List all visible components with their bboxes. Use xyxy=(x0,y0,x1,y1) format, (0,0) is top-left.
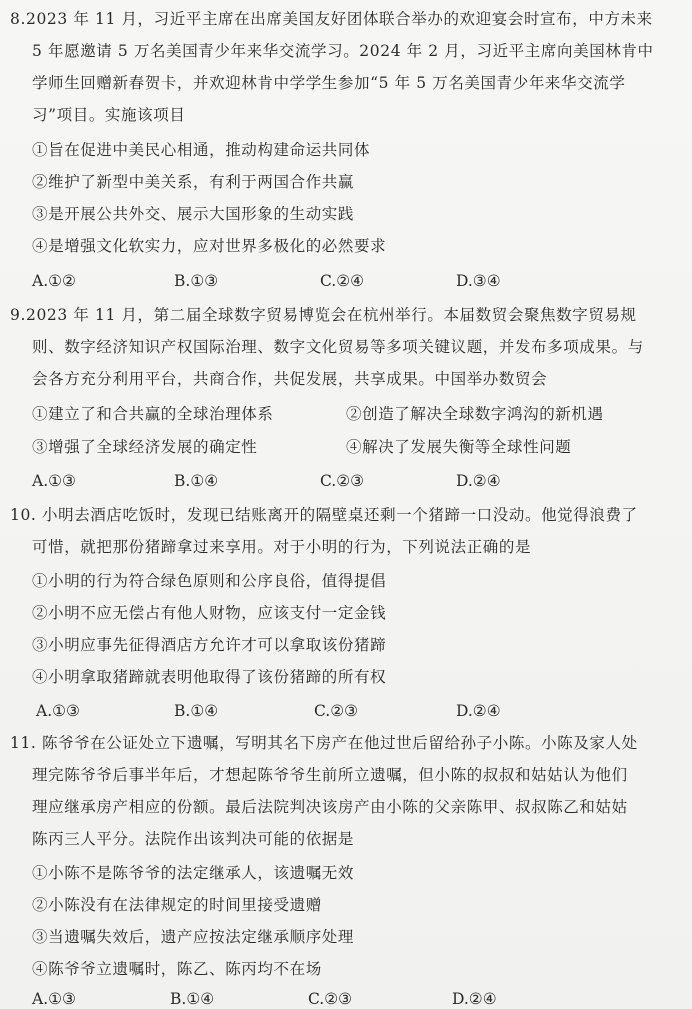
option-b: B.①④ xyxy=(174,700,218,722)
statement: ④是增强文化软实力，应对世界多极化的必然要求 xyxy=(32,235,386,257)
question-stem-line: 习”项目。实施该项目 xyxy=(32,104,185,126)
option-c: C.②③ xyxy=(308,988,352,1009)
statement: ①旨在促进中美民心相通，推动构建命运共同体 xyxy=(32,139,370,161)
exam-page: 8.2023 年 11 月，习近平主席在出席美国友好团体联合举办的欢迎宴会时宣布… xyxy=(0,0,692,1009)
statement: ②小陈没有在法律规定的时间里接受遗赠 xyxy=(32,894,322,916)
question-stem-line: 则、数字经济知识产权国际治理、数字文化贸易等多项关键议题，并发布多项成果。与 xyxy=(32,336,644,358)
statement: ④解决了发展失衡等全球性问题 xyxy=(346,436,571,458)
question-stem-line: 可惜，就把那份猪蹄拿过来享用。对于小明的行为，下列说法正确的是 xyxy=(32,536,531,558)
question-stem-line: 5 年愿邀请 5 万名美国青少年来华交流学习。2024 年 2 月，习近平主席向… xyxy=(32,40,654,62)
question-stem-line: 陈丙三人平分。法院作出该判决可能的依据是 xyxy=(32,828,354,850)
question-stem-line: 9.2023 年 11 月，第二届全球数字贸易博览会在杭州举行。本届数贸会聚焦数… xyxy=(10,304,637,326)
option-a: A.①③ xyxy=(32,470,76,492)
option-c: C.②③ xyxy=(320,470,364,492)
statement: ①建立了和合共赢的全球治理体系 xyxy=(32,403,274,425)
statement: ②创造了解决全球数字鸿沟的新机遇 xyxy=(346,403,604,425)
option-a: A.①② xyxy=(32,270,76,292)
question-stem-line: 11. 陈爷爷在公证处立下遗嘱，写明其名下房产在他过世后留给孙子小陈。小陈及家人… xyxy=(10,732,638,754)
option-a: A.①③ xyxy=(32,988,76,1009)
option-b: B.①③ xyxy=(174,270,218,292)
option-a: A.①③ xyxy=(36,700,80,722)
option-d: D.②④ xyxy=(456,700,501,722)
statement: ①小明的行为符合绿色原则和公序良俗，值得提倡 xyxy=(32,570,386,592)
statement: ①小陈不是陈爷爷的法定继承人，该遗嘱无效 xyxy=(32,862,354,884)
statement: ②维护了新型中美关系，有利于两国合作共赢 xyxy=(32,171,354,193)
statement: ④小明拿取猪蹄就表明他取得了该份猪蹄的所有权 xyxy=(32,666,386,688)
option-b: B.①④ xyxy=(174,470,218,492)
statement: ④陈爷爷立遗嘱时，陈乙、陈丙均不在场 xyxy=(32,958,322,980)
option-d: D.②④ xyxy=(452,988,497,1009)
option-c: C.②③ xyxy=(314,700,358,722)
option-d: D.②④ xyxy=(456,470,501,492)
statement: ③当遗嘱失效后，遗产应按法定继承顺序处理 xyxy=(32,926,354,948)
statement: ③增强了全球经济发展的确定性 xyxy=(32,436,257,458)
option-c: C.②④ xyxy=(320,270,364,292)
question-stem-line: 学师生回赠新春贺卡，并欢迎林肯中学学生参加“5 年 5 万名美国青少年来华交流学 xyxy=(32,72,625,94)
question-stem-line: 8.2023 年 11 月，习近平主席在出席美国友好团体联合举办的欢迎宴会时宣布… xyxy=(10,8,653,30)
statement: ③小明应事先征得酒店方允许才可以拿取该份猪蹄 xyxy=(32,634,386,656)
question-stem-line: 会各方充分利用平台，共商合作，共促发展，共享成果。中国举办数贸会 xyxy=(32,368,547,390)
option-b: B.①④ xyxy=(170,988,214,1009)
statement: ②小明不应无偿占有他人财物，应该支付一定金钱 xyxy=(32,602,386,624)
question-stem-line: 理完陈爷爷后事半年后，才想起陈爷爷生前所立遗嘱，但小陈的叔叔和姑姑认为他们 xyxy=(32,764,628,786)
option-d: D.③④ xyxy=(456,270,501,292)
question-stem-line: 理应继承房产相应的份额。最后法院判决该房产由小陈的父亲陈甲、叔叔陈乙和姑姑 xyxy=(32,796,628,818)
question-stem-line: 10. 小明去酒店吃饭时，发现已结账离开的隔壁桌还剩一个猪蹄一口没动。他觉得浪费… xyxy=(10,504,638,526)
statement: ③是开展公共外交、展示大国形象的生动实践 xyxy=(32,203,354,225)
